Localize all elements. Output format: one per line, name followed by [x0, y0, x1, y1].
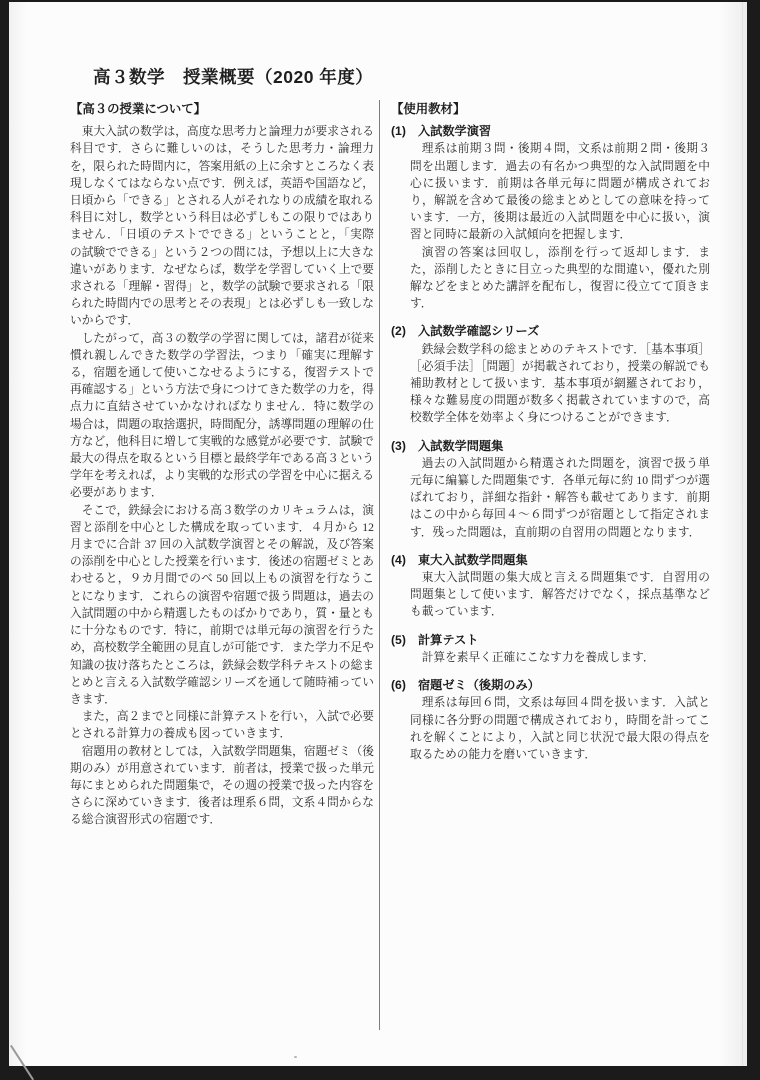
paper-edge-shadow	[742, 2, 743, 1066]
material-item-paragraph: 理系は毎回６問，文系は毎回４問を扱います．入試と同様に各分野の問題で構成されてお…	[410, 694, 710, 763]
material-item-paragraph: 過去の入試問題から精選された問題を，演習で扱う単元毎に編纂した問題集です．各単元…	[410, 455, 710, 541]
material-item: (5) 計算テスト 計算を素早く正確にこなす力を養成します．	[391, 632, 710, 666]
material-item-title: 計算テスト	[418, 632, 478, 649]
material-item-paragraph: 演習の答案は回収し，添削を行って返却します．また，添削したときに目立った典型的な…	[410, 244, 710, 313]
about-paragraph: したがって，高３の数学の学習に関しては，諸君が従来慣れ親しんできた数学の学習法，…	[70, 330, 374, 502]
material-item-title: 入試数学演習	[418, 123, 491, 140]
material-item-title: 東大入試数学問題集	[418, 552, 528, 569]
material-item-number: (3)	[391, 438, 418, 455]
material-item-paragraph: 計算を素早く正確にこなす力を養成します．	[410, 649, 710, 666]
material-item: (6) 宿題ゼミ（後期のみ） 理系は毎回６問，文系は毎回４問を扱います．入試と同…	[391, 677, 710, 763]
materials-section: 【使用教材】 (1) 入試数学演習 理系は前期３問・後期４問，文系は前期２問・後…	[391, 101, 710, 774]
material-item-title: 入試数学問題集	[418, 438, 503, 455]
material-item-number: (1)	[391, 123, 418, 140]
about-paragraph: また，高２までと同様に計算テストを行い，入試で必要とされる計算力の養成も図ってい…	[70, 708, 374, 742]
materials-heading: 【使用教材】	[391, 101, 710, 118]
material-item-title: 入試数学確認シリーズ	[418, 323, 539, 340]
scanned-document: { "colors": { "scanner_background": "#1b…	[0, 0, 760, 1080]
material-item-paragraph: 鉄緑会数学科の総まとめのテキストです．［基本事項］［必須手法］［問題］が掲載され…	[410, 341, 710, 427]
material-item-number: (2)	[391, 323, 418, 340]
material-item: (3) 入試数学問題集 過去の入試問題から精選された問題を，演習で扱う単元毎に編…	[391, 438, 710, 541]
about-section: 【高３の授業について】 東大入試の数学は，高度な思考力と論理力が要求される科目で…	[70, 101, 374, 829]
about-heading: 【高３の授業について】	[70, 101, 374, 118]
material-item-number: (5)	[391, 632, 418, 649]
document-title: 高３数学 授業概要（2020 年度）	[93, 64, 373, 89]
scan-dot-artifact	[294, 1056, 297, 1058]
material-item-paragraph: 東大入試問題の集大成と言える問題集です．自習用の問題集として使います．解答だけで…	[410, 569, 710, 621]
material-item-number: (4)	[391, 552, 418, 569]
material-item-title: 宿題ゼミ（後期のみ）	[418, 677, 540, 694]
material-item: (2) 入試数学確認シリーズ 鉄緑会数学科の総まとめのテキストです．［基本事項］…	[391, 323, 710, 426]
about-paragraph: 東大入試の数学は，高度な思考力と論理力が要求される科目です．さらに難しいのは，そ…	[70, 123, 374, 329]
column-divider	[379, 100, 380, 1030]
material-item-paragraph: 理系は前期３問・後期４問，文系は前期２問・後期３問を出題します．過去の有名かつ典…	[410, 140, 710, 243]
about-paragraph: 宿題用の教材としては，入試数学問題集，宿題ゼミ（後期のみ）が用意されています．前…	[70, 743, 374, 829]
material-item: (4) 東大入試数学問題集 東大入試問題の集大成と言える問題集です．自習用の問題…	[391, 552, 710, 621]
material-item-number: (6)	[391, 677, 418, 694]
material-item: (1) 入試数学演習 理系は前期３問・後期４問，文系は前期２問・後期３問を出題し…	[391, 123, 710, 312]
about-paragraph: そこで，鉄緑会における高３数学のカリキュラムは，演習と添削を中心とした構成を取っ…	[70, 502, 374, 708]
